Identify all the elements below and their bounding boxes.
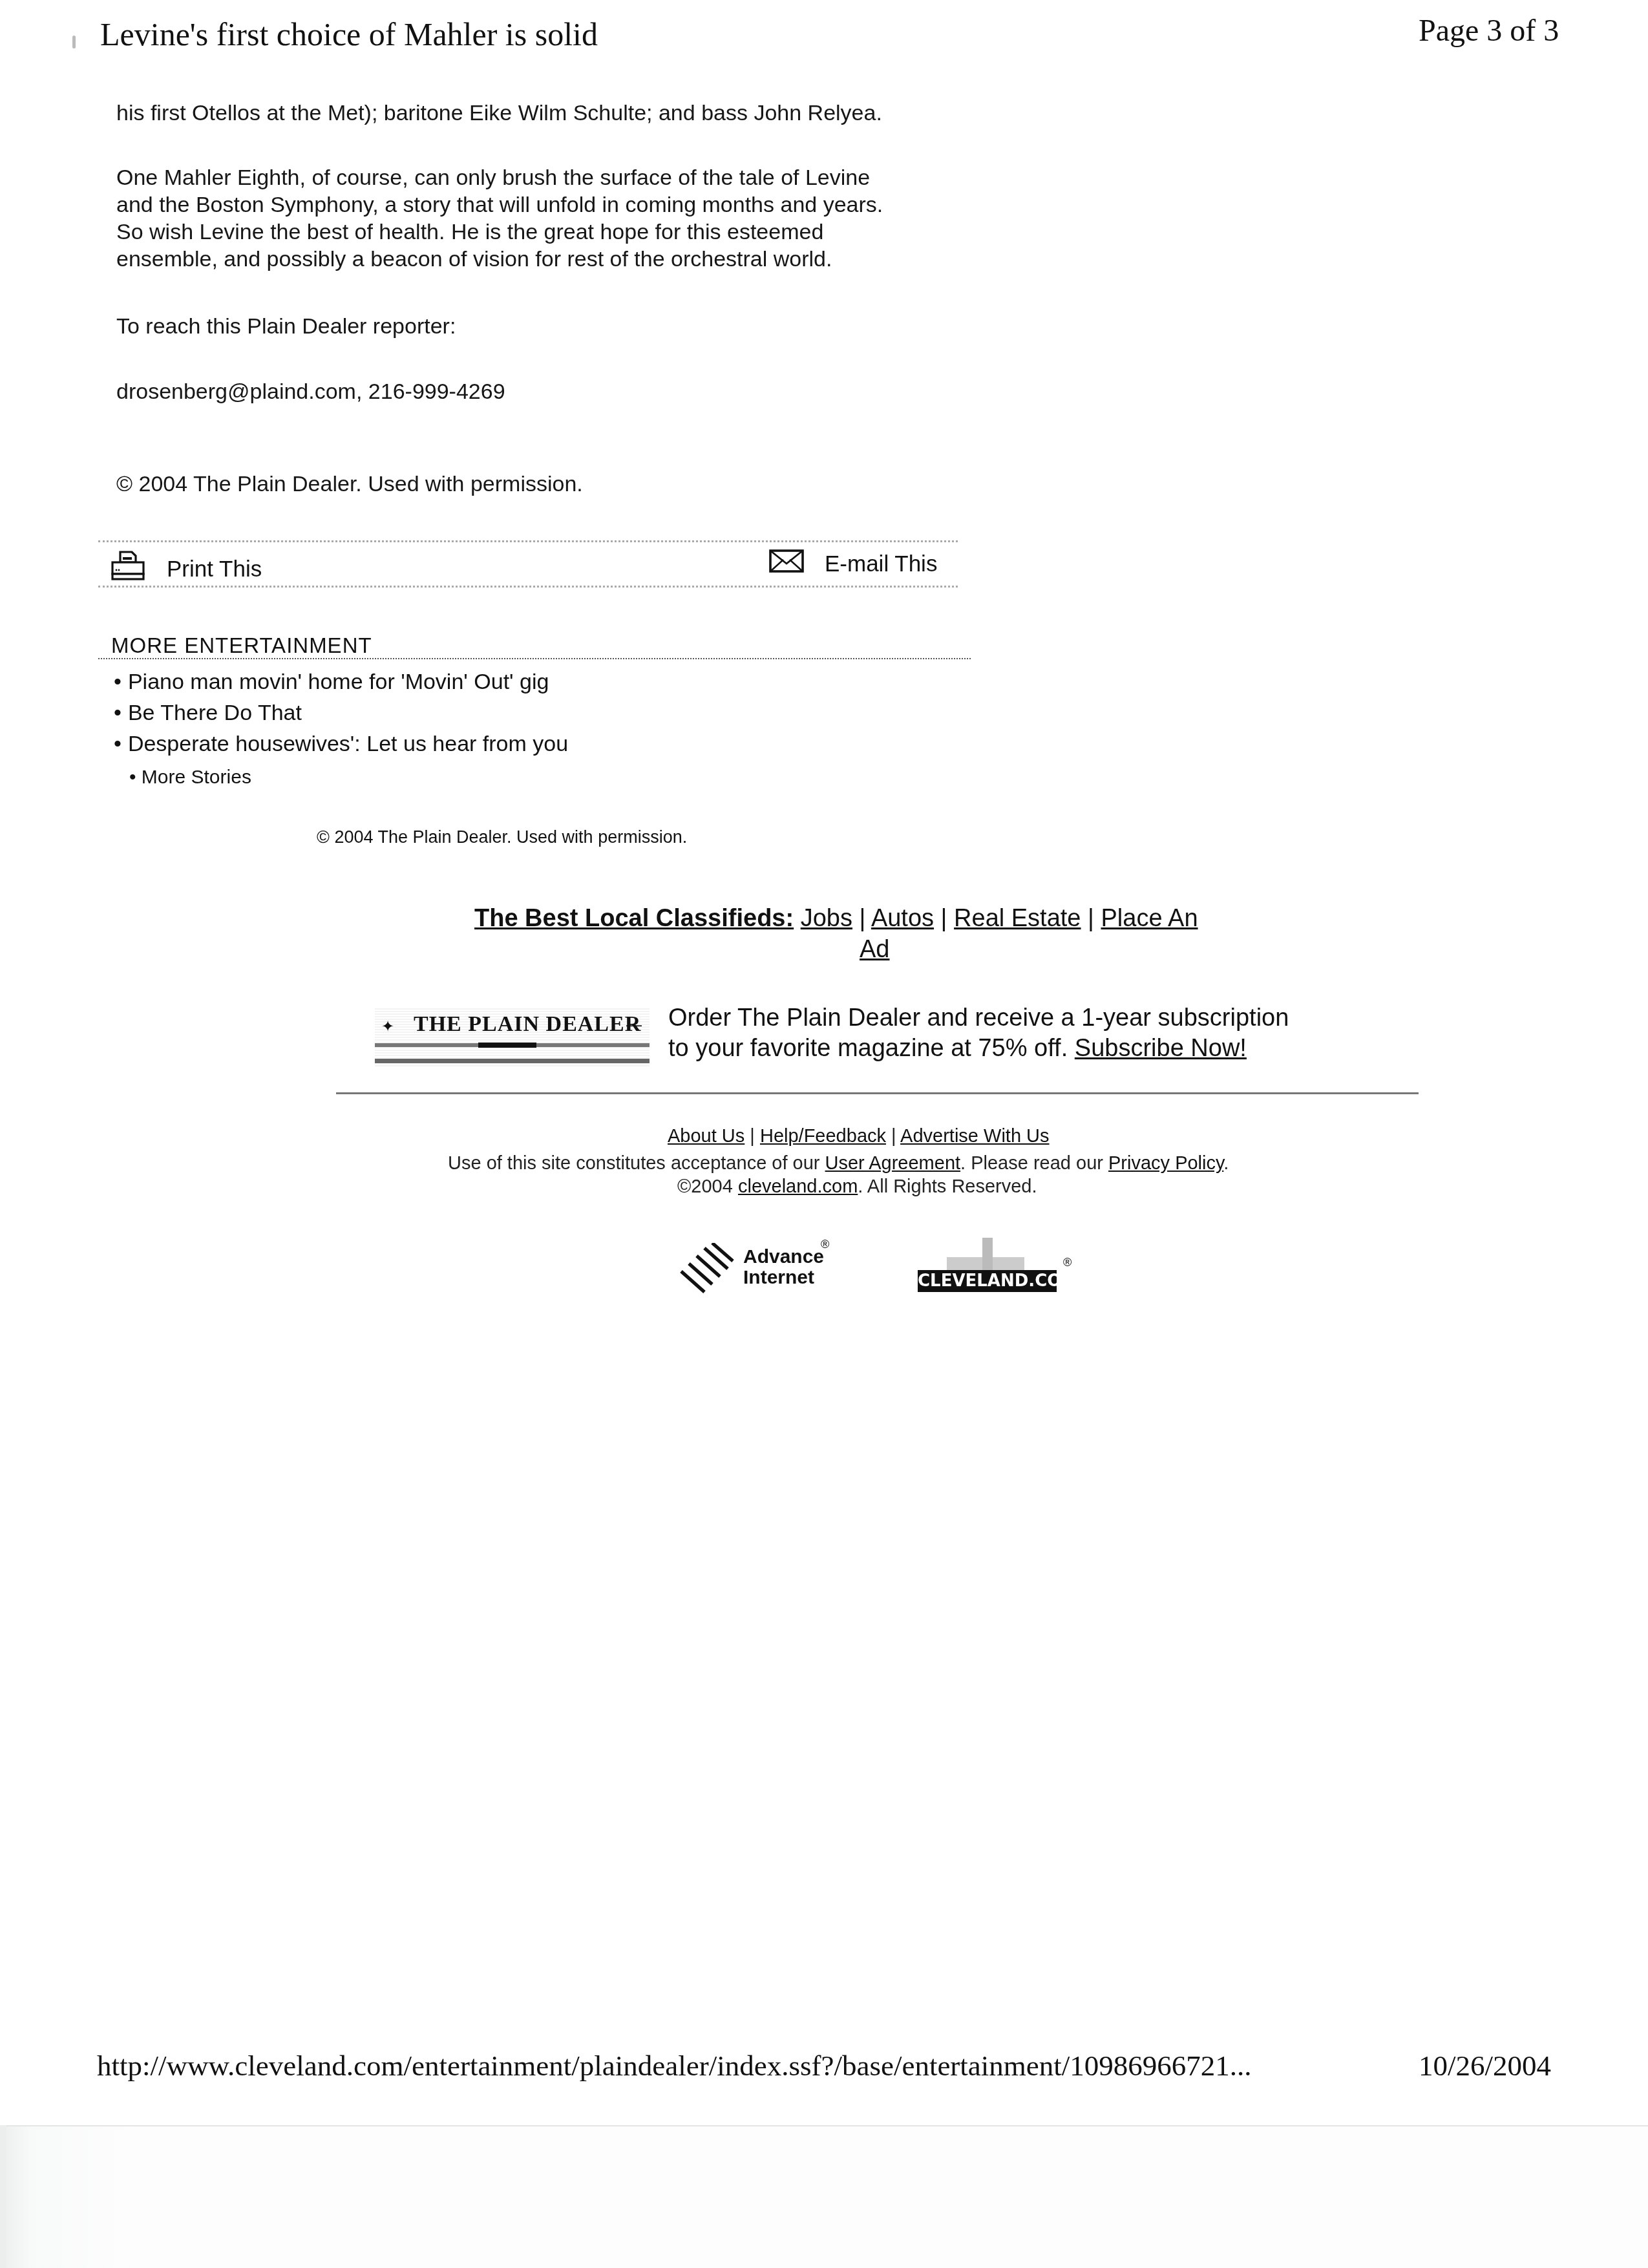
action-bar-top-rule (98, 540, 958, 542)
advertise-link[interactable]: Advertise With Us (900, 1126, 1049, 1147)
privacy-policy-link[interactable]: Privacy Policy (1108, 1153, 1223, 1174)
classifieds-place-ad-link-continued[interactable]: Ad (860, 936, 889, 963)
bullet-icon: • (114, 732, 121, 756)
subscribe-now-link[interactable]: Subscribe Now! (1075, 1035, 1247, 1062)
article-closing-paragraph: One Mahler Eighth, of course, can only b… (116, 164, 1021, 273)
terms-text: . (1223, 1153, 1229, 1174)
registered-mark: ® (1063, 1256, 1072, 1269)
story-link[interactable]: •Be There Do That (114, 701, 302, 726)
logo-text: CLEVELAND.COM (918, 1270, 1057, 1292)
story-link[interactable]: •Piano man movin' home for 'Movin' Out' … (114, 670, 549, 695)
classifieds-autos-link[interactable]: Autos (871, 905, 934, 932)
bullet-icon: • (114, 670, 121, 694)
cleveland-com-link[interactable]: cleveland.com (738, 1176, 858, 1197)
classifieds-real-estate-link[interactable]: Real Estate (954, 905, 1081, 932)
subscription-promo: Order The Plain Dealer and receive a 1-y… (668, 1003, 1289, 1064)
print-this-button[interactable]: Print This (110, 551, 262, 588)
logo-text: THE PLAIN DEALER (414, 1012, 641, 1037)
advance-internet-logo[interactable]: Advance Internet ® (679, 1238, 840, 1296)
logo-line: Internet (743, 1267, 824, 1288)
terms-text: . Please read our (960, 1153, 1103, 1174)
more-entertainment-heading: MORE ENTERTAINMENT (111, 633, 372, 658)
printer-icon (110, 551, 146, 588)
terms-text: Use of this site constitutes acceptance … (448, 1153, 819, 1174)
promo-line: Order The Plain Dealer and receive a 1-y… (668, 1003, 1289, 1033)
article-continuation: his first Otellos at the Met); baritone … (116, 100, 882, 127)
registered-mark: ® (821, 1238, 829, 1251)
print-url: http://www.cleveland.com/entertainment/p… (97, 2049, 1252, 2083)
classifieds-bar: The Best Local Classifieds: Jobs | Autos… (474, 905, 1198, 933)
contact-label: To reach this Plain Dealer reporter: (116, 313, 456, 340)
promo-text: to your favorite magazine at 75% off. (668, 1035, 1068, 1062)
more-stories-label: More Stories (142, 767, 251, 788)
story-title: Be There Do That (128, 701, 302, 725)
bullet-icon: • (114, 701, 121, 725)
scanner-edge (0, 2125, 6, 2268)
promo-line: to your favorite magazine at 75% off. Su… (668, 1033, 1289, 1064)
more-stories-link[interactable]: • More Stories (129, 767, 251, 789)
story-title: Desperate housewives': Let us hear from … (128, 732, 568, 756)
dash-ornament: — (626, 1016, 642, 1034)
contact-info: drosenberg@plaind.com, 216-999-4269 (116, 378, 505, 405)
document-title: Levine's first choice of Mahler is solid (100, 16, 598, 53)
scan-artifact (72, 36, 76, 48)
about-us-link[interactable]: About Us (668, 1126, 745, 1147)
rights-notice: ©2004 cleveland.com. All Rights Reserved… (677, 1176, 1037, 1198)
tower-icon (982, 1238, 993, 1270)
logo-rule-accent (478, 1043, 536, 1048)
print-date: 10/26/2004 (1419, 2049, 1551, 2083)
user-agreement-link[interactable]: User Agreement (825, 1153, 961, 1174)
paragraph-line: and the Boston Symphony, a story that wi… (116, 191, 1021, 218)
classifieds-place-ad-link[interactable]: Place An (1101, 905, 1198, 932)
story-title: Piano man movin' home for 'Movin' Out' g… (128, 670, 549, 694)
rights-text: ©2004 (677, 1176, 733, 1197)
classifieds-jobs-link[interactable]: Jobs (801, 905, 852, 932)
footer-copyright: © 2004 The Plain Dealer. Used with permi… (317, 827, 687, 847)
plain-dealer-logo[interactable]: ✦ THE PLAIN DEALER — (375, 1008, 650, 1066)
footer-links: About Us | Help/Feedback | Advertise Wit… (668, 1126, 1050, 1147)
paragraph-line: ensemble, and possibly a beacon of visio… (116, 246, 1021, 273)
email-this-button[interactable]: E-mail This (769, 549, 937, 578)
print-this-label: Print This (167, 556, 262, 582)
logo-line: Advance (743, 1247, 824, 1267)
section-divider (98, 658, 971, 659)
cleveland-com-logo[interactable]: CLEVELAND.COM ® (918, 1238, 1073, 1296)
bullet-icon: • (129, 767, 142, 788)
logo-rule (375, 1059, 650, 1063)
action-bar-bottom-rule (98, 586, 958, 588)
rights-text: . All Rights Reserved. (858, 1176, 1037, 1197)
article-copyright: © 2004 The Plain Dealer. Used with permi… (116, 471, 583, 498)
terms-notice: Use of this site constitutes acceptance … (448, 1153, 1229, 1174)
help-feedback-link[interactable]: Help/Feedback (760, 1126, 886, 1147)
email-this-label: E-mail This (825, 551, 937, 577)
footer-divider (336, 1092, 1419, 1094)
star-icon: ✦ (381, 1017, 394, 1036)
paragraph-line: So wish Levine the best of health. He is… (116, 218, 1021, 246)
story-link[interactable]: •Desperate housewives': Let us hear from… (114, 732, 568, 757)
envelope-icon (769, 549, 804, 578)
classifieds-place-ad-link-wrap[interactable]: Ad (860, 936, 889, 964)
advance-internet-text: Advance Internet (743, 1247, 824, 1288)
scanner-bed-area (5, 2125, 1648, 2268)
paragraph-line: One Mahler Eighth, of course, can only b… (116, 164, 1021, 191)
page-indicator: Page 3 of 3 (1419, 13, 1559, 48)
classifieds-label: The Best Local Classifieds: (474, 905, 794, 932)
